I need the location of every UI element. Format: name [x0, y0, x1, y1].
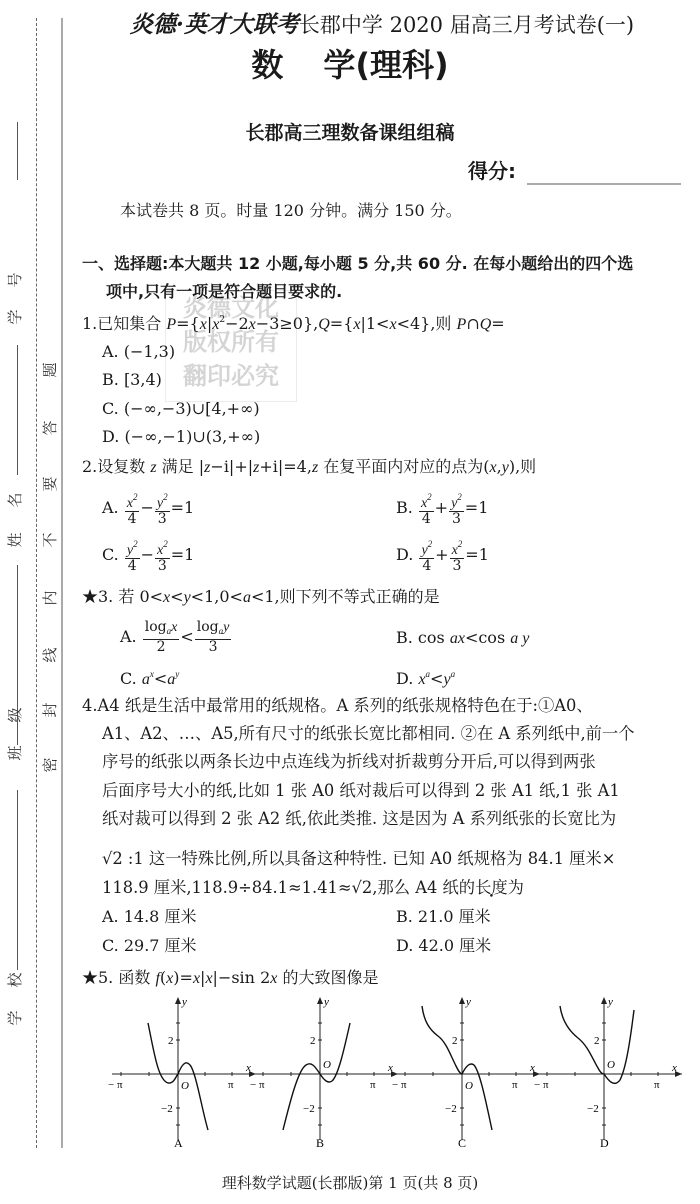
svg-text:− π: − π — [392, 1079, 407, 1091]
margin-border-line — [61, 18, 63, 1148]
svg-text:π: π — [512, 1079, 518, 1091]
svg-text:O: O — [607, 1059, 615, 1071]
score-label: 得分: — [468, 155, 516, 184]
svg-text:O: O — [465, 1080, 473, 1092]
question-4-line: 纸对裁可以得到 2 张 A2 纸,依此类推. 这是因为 A 系列纸张的长宽比为 — [102, 807, 616, 831]
question-1-option-a[interactable]: A. (−1,3) — [102, 340, 175, 364]
svg-text:− π: − π — [534, 1079, 549, 1091]
copyright-watermark: 炎德文化 版权所有 翻印必究 — [165, 290, 297, 402]
svg-text:π: π — [370, 1079, 376, 1091]
seal-char: 内 — [40, 588, 60, 608]
compiler-line: 长郡高三理数备课组组稿 — [0, 118, 700, 145]
subject-char: 数 — [251, 46, 283, 84]
exam-header: 炎德·英才大联考长郡中学 2020 届高三月考试卷(一) — [72, 6, 692, 39]
svg-text:−2: −2 — [445, 1103, 457, 1115]
seal-char: 密 — [40, 755, 60, 775]
graph-a-plot: − π π 2 −2 O x y A — [106, 992, 256, 1152]
question-4-line-last: 118.9 厘米,118.9÷84.1≈1.41≈√2,那么 A4 纸的长度为 — [102, 876, 524, 900]
score-fill-line[interactable] — [527, 183, 681, 185]
graph-d-plot: − π π 2 −2 O x y D — [532, 992, 682, 1152]
question-2-option-a[interactable]: A. x24−y23=1 — [102, 490, 194, 527]
question-1-stem: 1.已知集合 P={x|x2−2x−3≥0},Q={x|1<x<4},则 P∩Q… — [82, 308, 505, 337]
svg-text:B: B — [316, 1136, 324, 1150]
graph-option-d[interactable]: − π π 2 −2 O x y D — [532, 992, 682, 1152]
section-heading: 一、选择题:本大题共 12 小题,每小题 5 分,共 60 分. 在每小题给出的… — [82, 252, 633, 276]
school-fill-line[interactable] — [17, 790, 18, 970]
question-3-stem: ★3. 若 0<x<y<1,0<a<1,则下列不等式正确的是 — [82, 585, 440, 610]
svg-text:y: y — [181, 996, 187, 1008]
svg-text:2: 2 — [594, 1035, 600, 1047]
label-student-id: 号 — [5, 270, 25, 290]
svg-text:π: π — [228, 1079, 234, 1091]
exam-intro: 本试卷共 8 页。时量 120 分钟。满分 150 分。 — [120, 198, 462, 221]
seal-dashed-line — [36, 18, 37, 1148]
question-3-option-b[interactable]: B. cos ax<cos a y — [396, 626, 529, 651]
question-1-option-b[interactable]: B. [3,4) — [102, 368, 162, 392]
page-title: 数学(理科) — [0, 40, 700, 86]
question-4-line: √2 :1 这一特殊比例,所以具备这种特性. 已知 A0 纸规格为 84.1 厘… — [102, 847, 615, 871]
graph-c-plot: − π π 2 −2 O x y C — [390, 992, 540, 1152]
svg-text:y: y — [323, 996, 329, 1008]
subject-rest: 学(理科) — [323, 46, 448, 84]
question-3-option-d[interactable]: D. xa<ya — [396, 662, 455, 692]
svg-text:x: x — [671, 1062, 677, 1074]
svg-text:2: 2 — [452, 1035, 458, 1047]
svg-text:π: π — [654, 1079, 660, 1091]
question-5-stem: ★5. 函数 f(x)=x|x|−sin 2x 的大致图像是 — [82, 966, 378, 991]
seal-char: 封 — [40, 700, 60, 720]
exam-name: 长郡中学 2020 届高三月考试卷(一) — [299, 13, 634, 37]
question-4-line: 4.A4 纸是生活中最常用的纸规格。A 系列的纸张规格特色在于:①A0、 — [82, 694, 593, 718]
graph-option-a[interactable]: − π π 2 −2 O x y A — [106, 992, 256, 1152]
svg-text:2: 2 — [310, 1035, 316, 1047]
svg-text:y: y — [607, 996, 613, 1008]
question-4-line: 序号的纸张以两条长边中点连线为折线对折裁剪分开后,可以得到两张 — [102, 750, 596, 774]
svg-text:D: D — [600, 1136, 609, 1150]
svg-text:O: O — [323, 1059, 331, 1071]
question-2-option-c[interactable]: C. y24−x23=1 — [102, 537, 194, 574]
seal-char: 答 — [40, 418, 60, 438]
question-4-option-b[interactable]: B. 21.0 厘米 — [396, 905, 491, 929]
question-2-option-b[interactable]: B. x24+y23=1 — [396, 490, 488, 527]
seal-char: 题 — [40, 360, 60, 380]
question-4-line: A1、A2、…、A5,所有尺寸的纸张长宽比都相同. ②在 A 系列纸中,前一个 — [102, 722, 634, 746]
svg-text:O: O — [181, 1080, 189, 1092]
label-class-2: 班 — [5, 743, 25, 763]
seal-char: 不 — [40, 530, 60, 550]
question-3-option-c[interactable]: C. ax<ay — [120, 662, 179, 692]
question-4-option-d[interactable]: D. 42.0 厘米 — [396, 934, 491, 958]
question-4-line: 后面序号大小的纸,比如 1 张 A0 纸对裁后可以得到 2 张 A1 纸,1 张… — [102, 779, 620, 803]
svg-text:−2: −2 — [587, 1103, 599, 1115]
page-footer: 理科数学试题(长郡版)第 1 页(共 8 页) — [0, 1172, 700, 1193]
emphasis-word: 长度 — [475, 878, 508, 897]
svg-text:−2: −2 — [303, 1103, 315, 1115]
question-2-stem: 2.设复数 z 满足 |z−i|+|z+i|=4,z 在复平面内对应的点为(x,… — [82, 455, 536, 480]
svg-text:−2: −2 — [161, 1103, 173, 1115]
svg-text:A: A — [174, 1136, 183, 1150]
label-name: 名 — [5, 490, 25, 510]
seal-char: 线 — [40, 645, 60, 665]
brand-name: 炎德·英才大联考 — [130, 11, 299, 38]
svg-text:2: 2 — [168, 1035, 174, 1047]
svg-text:C: C — [458, 1136, 466, 1150]
label-name-2: 姓 — [5, 530, 25, 550]
question-2-option-d[interactable]: D. y24+x23=1 — [396, 537, 489, 574]
label-student-id-2: 学 — [5, 307, 25, 327]
name-fill-line[interactable] — [17, 345, 18, 475]
graph-b-plot: − π π 2 −2 O x y B — [248, 992, 398, 1152]
graph-option-c[interactable]: − π π 2 −2 O x y C — [390, 992, 540, 1152]
question-4-option-c[interactable]: C. 29.7 厘米 — [102, 934, 197, 958]
label-school-2: 学 — [5, 1008, 25, 1028]
axis-label: − π — [108, 1079, 123, 1091]
graph-option-b[interactable]: − π π 2 −2 O x y B — [248, 992, 398, 1152]
seal-char: 要 — [40, 474, 60, 494]
question-3-option-a[interactable]: A. logax2<logay3 — [120, 620, 232, 655]
question-4-option-a[interactable]: A. 14.8 厘米 — [102, 905, 196, 929]
svg-text:y: y — [465, 996, 471, 1008]
label-school: 校 — [5, 970, 25, 990]
svg-text:− π: − π — [250, 1079, 265, 1091]
question-1-option-c[interactable]: C. (−∞,−3)∪[4,+∞) — [102, 397, 260, 421]
section-heading-cont: 项中,只有一项是符合题目要求的. — [106, 280, 342, 304]
label-class: 级 — [5, 705, 25, 725]
question-1-option-d[interactable]: D. (−∞,−1)∪(3,+∞) — [102, 425, 260, 449]
